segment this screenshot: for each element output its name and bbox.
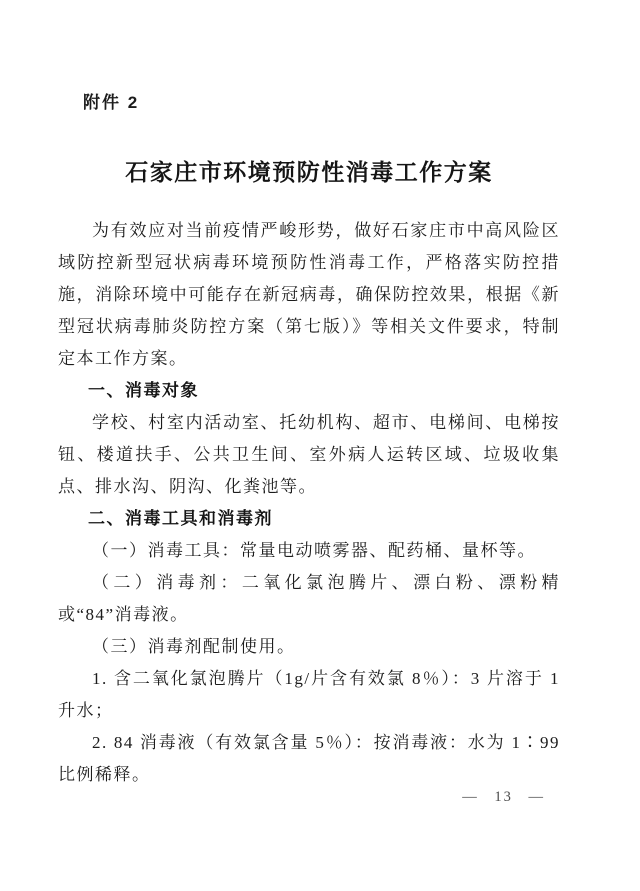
section-2-item-2: （二）消毒剂：二氧化氯泡腾片、漂白粉、漂粉精或“84”消毒液。 (58, 567, 560, 631)
document-page: 附件 2 石家庄市环境预防性消毒工作方案 为有效应对当前疫情严峻形势，做好石家庄… (0, 0, 640, 891)
section-2-item-3: （三）消毒剂配制使用。 (58, 631, 560, 663)
document-title: 石家庄市环境预防性消毒工作方案 (58, 158, 560, 188)
intro-paragraph: 为有效应对当前疫情严峻形势，做好石家庄市中高风险区域防控新型冠状病毒环境预防性消… (58, 215, 560, 375)
section-2-item-3-sub-2: 2. 84 消毒液（有效氯含量 5％）：按消毒液：水为 1∶99 比例稀释。 (58, 727, 560, 791)
section-2-item-1: （一）消毒工具：常量电动喷雾器、配药桶、量杯等。 (58, 535, 560, 567)
page-number: — 13 — (462, 789, 545, 806)
attachment-label: 附件 2 (58, 0, 560, 114)
document-body: 附件 2 石家庄市环境预防性消毒工作方案 为有效应对当前疫情严峻形势，做好石家庄… (58, 0, 560, 791)
section-2-item-3-sub-1: 1. 含二氧化氯泡腾片（1g/片含有效氯 8％）：3 片溶于 1 升水； (58, 663, 560, 727)
section-heading-tools-and-disinfectants: 二、消毒工具和消毒剂 (58, 503, 560, 535)
section-heading-disinfection-targets: 一、消毒对象 (58, 375, 560, 407)
section-1-paragraph: 学校、村室内活动室、托幼机构、超市、电梯间、电梯按钮、楼道扶手、公共卫生间、室外… (58, 407, 560, 503)
